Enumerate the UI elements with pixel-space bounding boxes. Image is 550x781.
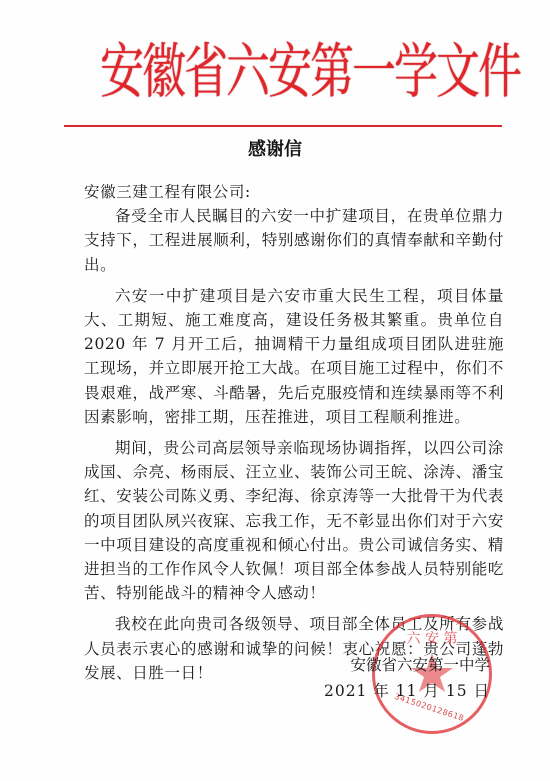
signature-block: 安徽省六安第一中学 2021 年 11 月 15 日 [320,652,490,704]
salutation: 安徽三建工程有限公司: [84,180,504,204]
document-masthead: 安徽省六安第一学文件 [100,26,450,121]
paragraph-3: 期间，贵公司高层领导亲临现场协调指挥，以四公司涂成国、佘亮、杨雨辰、汪立业、装饰… [84,436,504,605]
paragraph-1: 备受全市人民瞩目的六安一中扩建项目，在贵单位鼎力支持下，工程进展顺利，特别感谢你… [84,204,504,277]
letter-body: 安徽三建工程有限公司: 备受全市人民瞩目的六安一中扩建项目，在贵单位鼎力支持下，… [84,180,504,685]
paragraph-2: 六安一中扩建项目是六安市重大民生工程，项目体量大、工期短、施工难度高，建设任务极… [84,284,504,429]
document-title: 感谢信 [0,135,550,161]
signature-date: 2021 年 11 月 15 日 [320,678,490,704]
masthead-red-rule [64,125,502,127]
document-page: 安徽省六安第一学文件 感谢信 安徽三建工程有限公司: 备受全市人民瞩目的六安一中… [0,0,550,781]
signature-organization: 安徽省六安第一中学 [320,652,490,678]
